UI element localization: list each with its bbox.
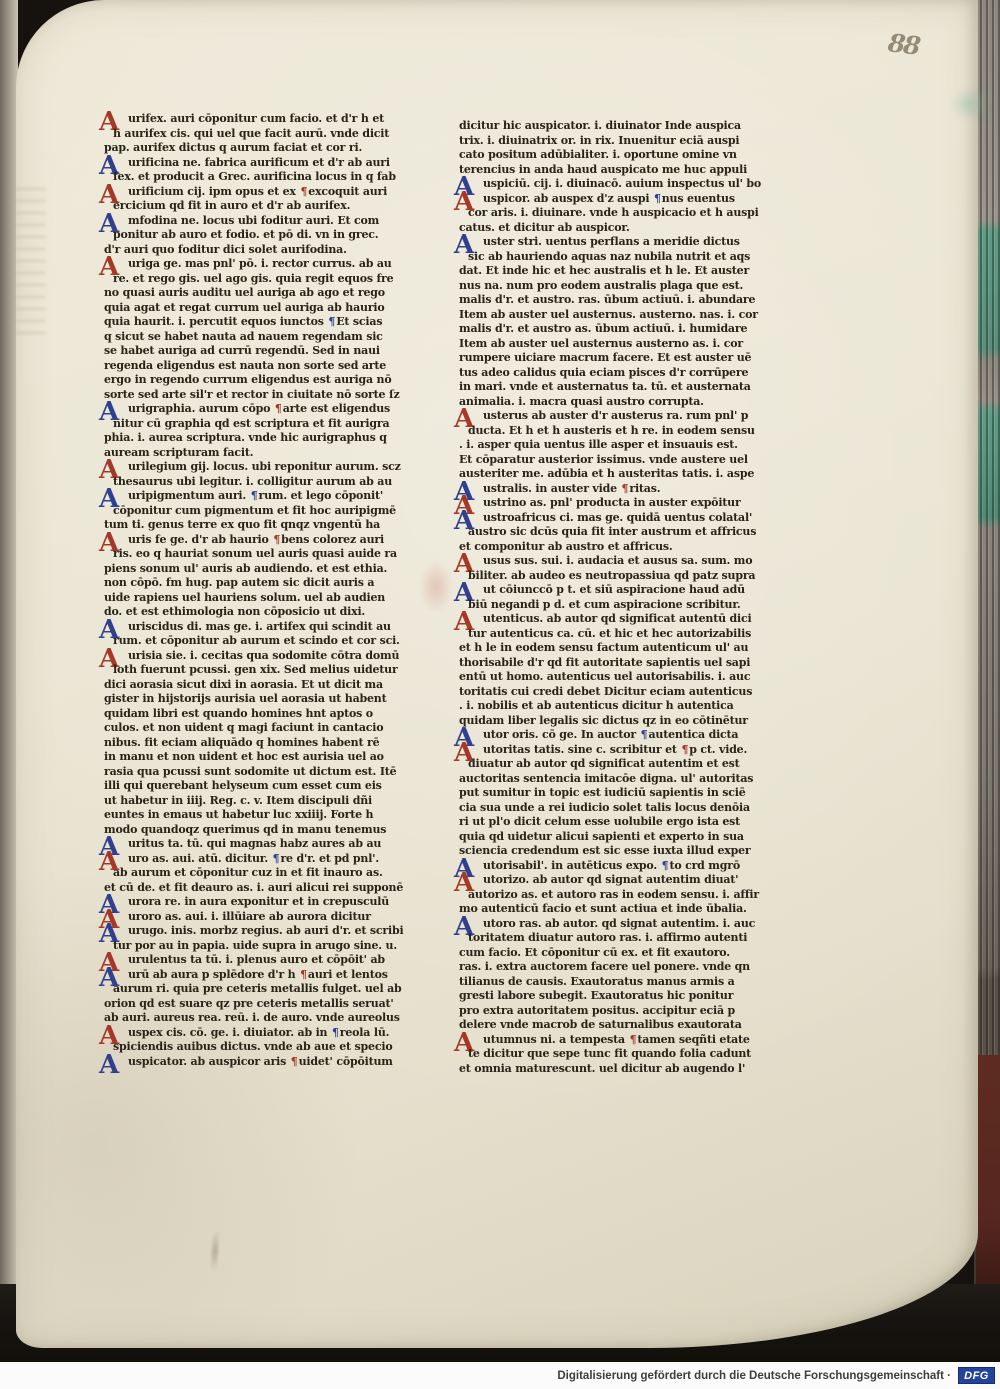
manuscript-line: orion qd est suare qz pre ceteris metall… [104,997,409,1012]
manuscript-line: Autorisabil'. in autēticus expo. ¶to crd… [459,859,764,874]
manuscript-line: sciencia credendum est sic esse iuxta il… [459,844,764,859]
digitization-footer: Digitalisierung gefördert durch die Deut… [0,1362,1000,1389]
line-text: nitur cū graphia qd est scriptura et fit… [113,417,389,430]
manuscript-line: sorte sed arte sil'r et rector in ciuita… [104,388,409,403]
manuscript-line: Amfodina ne. locus ubi foditur auri. Et … [104,214,409,229]
manuscript-line: Auritus ta. tū. qui magnas habz aures ab… [104,837,409,852]
line-text: urigraphia. aurum cōpo ¶arte est eligend… [128,402,390,415]
manuscript-line: tum ti. genus terre ex quo fit qnqz vnge… [104,518,409,533]
manuscript-line: biliter. ab audeo es neutropassiua qd pa… [459,569,764,584]
manuscript-line: Austrino as. pnl' producta in auster exp… [459,496,764,511]
manuscript-line: fex. et producit a Grec. aurificina locu… [104,170,409,185]
pilcrow-mark: ¶ [299,968,308,981]
line-text: uro as. aui. atū. dicitur. ¶re d'r. et p… [128,852,379,865]
line-text: te dicitur que sepe tunc fit quando foli… [468,1047,751,1060]
manuscript-line: Autoritas tatis. sine c. scribitur et ¶p… [459,743,764,758]
manuscript-line: Item ab auster uel austernus. austerno. … [459,308,764,323]
manuscript-line: Autenticus. ab autor qd significat auten… [459,612,764,627]
line-text: uripigmentum auri. ¶rum. et lego cōponit… [128,489,383,502]
line-text: biliter. ab audeo es neutropassiua qd pa… [468,569,755,582]
manuscript-line: thesaurus ubi legitur. i. colligitur aur… [104,475,409,490]
manuscript-line: Aurulentus ta tū. i. plenus auro et cōpō… [104,953,409,968]
manuscript-line: nus na. num pro eodem australis plaga qu… [459,279,764,294]
line-text: culos. et non uident q magi faciunt in c… [104,721,383,734]
manuscript-line: cor aris. i. diuinare. vnde h auspicacio… [459,206,764,221]
line-text: cum facio. Et cōponitur cū ex. et fit ex… [459,946,730,959]
line-text: uide rapiens uel hauriens solum. uel ab … [104,591,385,604]
line-text: tur por au in papia. uide supra in arugo… [113,939,397,952]
line-text: gresti labore subegit. Exautoratus hic p… [459,989,733,1002]
line-text: tilianus de causis. Exautoratus manus ar… [459,975,735,988]
manuscript-line: ergo in regendo currum eligendus est aur… [104,373,409,388]
manuscript-line: do. et est ethimologia non cōposicio ut … [104,605,409,620]
manuscript-line: Australis. in auster vide ¶ritas. [459,482,764,497]
manuscript-line: austro sic dcūs quia fit inter austrum e… [459,525,764,540]
line-text: sorte sed arte sil'r et rector in ciuita… [104,388,400,401]
line-text: et componitur ab austro et affricus. [459,540,673,553]
manuscript-line: no quasi auris auditu uel auriga ab ago … [104,286,409,301]
line-text: modo quandoqz querimus qd in manu tenemu… [104,823,386,836]
show-through-text [16,186,46,334]
line-text: terencius in anda haud auspicato me huc … [459,163,747,176]
ghost-initial-show-through [414,552,458,622]
line-text: quidam libri est quando homines hnt apto… [104,707,373,720]
manuscript-line: euntes in emaus ut habetur luc xxiiij. F… [104,808,409,823]
manuscript-line: gister in hijstorijs aurisia uel aorasia… [104,692,409,707]
manuscript-line: Austerus ab auster d'r austerus ra. rum … [459,409,764,424]
manuscript-line: Aurifex. auri cōponitur cum facio. et d'… [104,112,409,127]
line-text: urifex. auri cōponitur cum facio. et d'r… [128,112,384,125]
line-text: orion qd est suare qz pre ceteris metall… [104,997,394,1010]
line-text: malis d'r. et austro as. ūbum actiuū. i.… [459,322,747,335]
pilcrow-mark: ¶ [653,192,662,205]
manuscript-line: tur autenticus ca. cū. et hic et hec aut… [459,627,764,642]
line-text: entū ut homo. autenticus uel autorisabil… [459,670,750,683]
manuscript-line: gresti labore subegit. Exautoratus hic p… [459,989,764,1004]
manuscript-line: Autor oris. cō ge. In auctor ¶autentica … [459,728,764,743]
line-text: auream scripturam facit. [104,446,253,459]
manuscript-line: Et cōparatur austerior issimus. vnde aus… [459,453,764,468]
line-text: toritatem diuatur autoro ras. i. affirmo… [468,931,747,944]
line-text: biū negandi p d. et cum aspiracione scri… [468,598,741,611]
manuscript-line: ut habetur in iiij. Reg. c. v. Item disc… [104,794,409,809]
manuscript-line: toritatis cui credi debet Dicitur eciam … [459,685,764,700]
line-text: ustroafricus ci. mas ge. quidā uentus co… [483,511,752,524]
pilcrow-mark: ¶ [274,402,283,415]
manuscript-line: dat. Et inde hic et hec australis et h l… [459,264,764,279]
line-text: mfodina ne. locus ubi foditur auri. Et c… [128,214,379,227]
line-text: tum ti. genus terre ex quo fit qnqz vnge… [104,518,380,531]
manuscript-line: culos. et non uident q magi faciunt in c… [104,721,409,736]
line-text: sciencia credendum est sic esse iuxta il… [459,844,751,857]
line-text: uroro as. aui. i. illūiare ab aurora dic… [128,910,371,923]
line-text: mo autenticū facio et sunt actiua et ind… [459,902,747,915]
manuscript-line: ab auri. aureus rea. reū. i. de auro. vn… [104,1011,409,1026]
manuscript-line: in mari. vnde et austernatus ta. tū. et … [459,380,764,395]
manuscript-line: spiciendis auibus dictus. vnde ab aue et… [104,1040,409,1055]
pilcrow-mark: ¶ [272,852,281,865]
line-text: gister in hijstorijs aurisia uel aorasia… [104,692,386,705]
line-text: ras. i. extra auctorem facere uel ponere… [459,960,750,973]
line-text: et cū de. et fit deauro as. i. auri alic… [104,881,403,894]
manuscript-line: pap. aurifex dictus q aurum faciat et co… [104,141,409,156]
line-text: utorisabil'. in autēticus expo. ¶to crd … [483,859,740,872]
manuscript-line: et cū de. et fit deauro as. i. auri alic… [104,881,409,896]
line-text: in manu et non uident et hoc est aurisia… [104,750,384,763]
manuscript-line: quidam libri est quando homines hnt apto… [104,707,409,722]
manuscript-line: Auspicator. ab auspicor aris ¶uidet' cōp… [104,1055,409,1070]
manuscript-line: et componitur ab austro et affricus. [459,540,764,555]
manuscript-line: autorizo as. et autoro ras in eodem sens… [459,888,764,903]
manuscript-line: uide rapiens uel hauriens solum. uel ab … [104,591,409,606]
line-text: catus. et dicitur ab auspicor. [459,221,630,234]
manuscript-line: Auster stri. uentus perflans a meridie d… [459,235,764,250]
manuscript-line: in manu et non uident et hoc est aurisia… [104,750,409,765]
line-text: spiciendis auibus dictus. vnde ab aue et… [113,1040,392,1053]
manuscript-line: Aurilegium gij. locus. ubi reponitur aur… [104,460,409,475]
manuscript-line: rasia qua pcussi sunt sodomite ut dictum… [104,765,409,780]
manuscript-line: Aurigraphia. aurum cōpo ¶arte est eligen… [104,402,409,417]
pilcrow-mark: ¶ [250,489,259,502]
line-text: uris fe ge. d'r ab haurio ¶bens colorez … [128,533,384,546]
manuscript-line: Austroafricus ci. mas ge. quidā uentus c… [459,511,764,526]
line-text: utumnus ni. a tempesta ¶tamen seqñti eta… [483,1033,750,1046]
line-text: q sicut se habet nauta ad nauem regendam… [104,330,383,343]
pilcrow-mark: ¶ [680,743,689,756]
line-text: urora re. in aura exponitur et in crepus… [128,895,389,908]
manuscript-line: mo autenticū facio et sunt actiua et ind… [459,902,764,917]
manuscript-line: animalia. i. macra quasi austro corrupta… [459,395,764,410]
line-text: . i. nobilis et ab autenticus dicitur h … [459,699,734,712]
line-text: ab auri. aureus rea. reū. i. de auro. vn… [104,1011,400,1024]
pilcrow-mark: ¶ [621,482,630,495]
manuscript-line: Auro as. aui. atū. dicitur. ¶re d'r. et … [104,852,409,867]
manuscript-line: ducta. Et h et h austeris et h re. in eo… [459,424,764,439]
manuscript-line: re. et rego gis. uel ago gis. quia regit… [104,272,409,287]
line-text: austro sic dcūs quia fit inter austrum e… [468,525,756,538]
manuscript-line: ponitur ab auro et fodio. et pō di. vn i… [104,228,409,243]
line-text: ab aurum et cōponitur cuz in et fit inau… [113,866,383,879]
line-text: austeriter me. adūbia et h austeritas ta… [459,467,754,480]
line-text: auctoritas sentencia imitacōe digna. ul'… [459,772,753,785]
manuscript-line: ras. i. extra auctorem facere uel ponere… [459,960,764,975]
line-text: uritus ta. tū. qui magnas habz aures ab … [128,837,381,850]
line-text: do. et est ethimologia non cōposicio ut … [104,605,365,618]
line-text: thorisabile d'r qd fit autoritate sapien… [459,656,750,669]
line-text: rum. et cōponitur ab aurum et scindo et … [113,634,400,647]
folio-number: 88 [886,28,920,61]
manuscript-line: tus adeo calidus quia eciam pisces d'r c… [459,366,764,381]
pilcrow-mark: ¶ [327,315,336,328]
pilcrow-mark: ¶ [640,728,649,741]
manuscript-line: Aurificina ne. fabrica aurificum et d'r … [104,156,409,171]
line-text: uriscidus di. mas ge. i. artifex qui sci… [128,620,391,633]
manuscript-line: Aurora re. in aura exponitur et in crepu… [104,895,409,910]
left-text-column: Aurifex. auri cōponitur cum facio. et d'… [104,112,409,1069]
line-text: se habet auriga ad currū regendū. Sed in… [104,344,380,357]
line-text: urū ab aura p splēdore d'r h ¶auri et le… [128,968,388,981]
manuscript-line: terencius in anda haud auspicato me huc … [459,163,764,178]
manuscript-line: tur por au in papia. uide supra in arugo… [104,939,409,954]
line-text: loth fuerunt pcussi. gen xix. Sed melius… [113,663,398,676]
line-text: utoritas tatis. sine c. scribitur et ¶p … [483,743,747,756]
manuscript-line: Auspicor. ab auspex d'z auspi ¶nus euent… [459,192,764,207]
manuscript-line: Auriga ge. mas pnl' pō. i. rector currus… [104,257,409,272]
line-text: in mari. vnde et austernatus ta. tū. et … [459,380,751,393]
manuscript-line: malis d'r. et austro. ras. ūbum actiuū. … [459,293,764,308]
manuscript-line: cato positum adūbialiter. i. oportune om… [459,148,764,163]
manuscript-line: te dicitur que sepe tunc fit quando foli… [459,1047,764,1062]
manuscript-line: delere vnde macrob de saturnalibus exaut… [459,1018,764,1033]
line-text: put sumitur in topic est iudiciū sapient… [459,786,746,799]
line-text: urugo. inis. morbz regius. ab auri d'r. … [128,924,403,937]
manuscript-line: pro extra autoritatem positus. accipitur… [459,1004,764,1019]
line-text: autorizo as. et autoro ras in eodem sens… [468,888,759,901]
line-text: phia. i. aurea scriptura. vnde hic aurig… [104,431,387,444]
manuscript-line: thorisabile d'r qd fit autoritate sapien… [459,656,764,671]
manuscript-line: malis d'r. et austro as. ūbum actiuū. i.… [459,322,764,337]
book-cover-strip [976,1055,1000,1290]
teal-smudge [944,82,996,126]
line-text: cato positum adūbialiter. i. oportune om… [459,148,737,161]
line-text: euntes in emaus ut habetur luc xxiiij. F… [104,808,373,821]
manuscript-line: Auspiciū. cij. i. diuinacō. auium inspec… [459,177,764,192]
line-text: delere vnde macrob de saturnalibus exaut… [459,1018,742,1031]
line-text: no quasi auris auditu uel auriga ab ago … [104,286,385,299]
manuscript-line: cia sua unde a rei iudicio solet talis l… [459,801,764,816]
manuscript-line: loth fuerunt pcussi. gen xix. Sed melius… [104,663,409,678]
dfg-logo: DFG [958,1367,995,1384]
line-text: toritatis cui credi debet Dicitur eciam … [459,685,752,698]
line-text: uspicator. ab auspicor aris ¶uidet' cōpō… [128,1055,393,1068]
manuscript-page: 88 Aurifex. auri cōponitur cum facio. et… [16,0,978,1348]
manuscript-line: dicitur hic auspicator. i. diuinator Ind… [459,119,764,134]
manuscript-line: rum. et cōponitur ab aurum et scindo et … [104,634,409,649]
line-text: diuatur ab autor qd significat autentim … [468,757,740,770]
line-text: uster stri. uentus perflans a meridie di… [483,235,740,248]
line-text: ergo in regendo currum eligendus est aur… [104,373,392,386]
manuscript-line: rumpere uiciare macrum facere. Et est au… [459,351,764,366]
manuscript-line: dici aorasia sicut dixi in aorasia. Et u… [104,678,409,693]
line-text: ponitur ab auro et fodio. et pō di. vn i… [113,228,378,241]
line-text: utenticus. ab autor qd significat autent… [483,612,751,625]
line-text: malis d'r. et austro. ras. ūbum actiuū. … [459,293,755,306]
pilcrow-mark: ¶ [299,185,308,198]
manuscript-line: austeriter me. adūbia et h austeritas ta… [459,467,764,482]
line-text: ut habetur in iiij. Reg. c. v. Item disc… [104,794,372,807]
manuscript-line: entū ut homo. autenticus uel autorisabil… [459,670,764,685]
line-text: dici aorasia sicut dixi in aorasia. Et u… [104,678,383,691]
line-text: cor aris. i. diuinare. vnde h auspicacio… [468,206,759,219]
line-text: uspex cis. cō. ge. i. diuiator. ab in ¶r… [128,1026,389,1039]
pilcrow-mark: ¶ [331,1026,340,1039]
line-text: Item ab auster uel austernus. austerno. … [459,308,758,321]
manuscript-line: auctoritas sentencia imitacōe digna. ul'… [459,772,764,787]
manuscript-line: ris. eo q hauriat sonum uel auris quasi … [104,547,409,562]
manuscript-line: Auriscidus di. mas ge. i. artifex qui sc… [104,620,409,635]
line-text: quia agat et regat currum uel auriga ab … [104,301,385,314]
line-text: usus sus. sui. i. audacia et ausus sa. s… [483,554,752,567]
manuscript-line: Aurugo. inis. morbz regius. ab auri d'r.… [104,924,409,939]
line-text: illi qui querebant helyseum cum esset cu… [104,779,382,792]
line-text: uspiciū. cij. i. diuinacō. auium inspect… [483,177,761,190]
manuscript-line: . i. asper quia uentus ille asper et ins… [459,438,764,453]
manuscript-line: biū negandi p d. et cum aspiracione scri… [459,598,764,613]
line-text: utor oris. cō ge. In auctor ¶autentica d… [483,728,738,741]
line-text: dat. Et inde hic et hec australis et h l… [459,264,749,277]
line-text: nus na. num pro eodem australis plaga qu… [459,279,743,292]
manuscript-line: nitur cū graphia qd est scriptura et fit… [104,417,409,432]
manuscript-line: nibus. fit eciam aliquādo q homines habe… [104,736,409,751]
line-text: aurum ri. quia pre ceteris metallis fulg… [113,982,402,995]
line-text: uspicor. ab auspex d'z auspi ¶nus euentu… [483,192,735,205]
manuscript-line: aurum ri. quia pre ceteris metallis fulg… [104,982,409,997]
right-text-column: dicitur hic auspicator. i. diuinator Ind… [459,119,764,1076]
line-text: et omnia maturescunt. uel dicitur ab aug… [459,1062,745,1075]
line-text: ustralis. in auster vide ¶ritas. [483,482,660,495]
manuscript-line: et h le in eodem sensu factum autenticum… [459,641,764,656]
manuscript-line: Aurificium cij. ipm opus et ex ¶excoquit… [104,185,409,200]
line-text: tur autenticus ca. cū. et hic et hec aut… [468,627,751,640]
manuscript-line: Auris fe ge. d'r ab haurio ¶bens colorez… [104,533,409,548]
manuscript-line: Autorizo. ab autor qd signat autentim di… [459,873,764,888]
manuscript-line: quia haurit. i. percutit equos iunctos ¶… [104,315,409,330]
manuscript-line: catus. et dicitur ab auspicor. [459,221,764,236]
line-text: tus adeo calidus quia eciam pisces d'r c… [459,366,748,379]
manuscript-line: tilianus de causis. Exautoratus manus ar… [459,975,764,990]
line-text: nibus. fit eciam aliquādo q homines habe… [104,736,379,749]
line-text: cia sua unde a rei iudicio solet talis l… [459,801,750,814]
line-text: rasia qua pcussi sunt sodomite ut dictum… [104,765,396,778]
line-text: pro extra autoritatem positus. accipitur… [459,1004,735,1017]
manuscript-line: piens sonum ul' auris ab audiendo. et es… [104,562,409,577]
pilcrow-mark: ¶ [272,533,281,546]
pilcrow-mark: ¶ [661,859,670,872]
line-text: dicitur hic auspicator. i. diuinator Ind… [459,119,741,132]
manuscript-line: modo quandoqz querimus qd in manu tenemu… [104,823,409,838]
manuscript-line: . i. nobilis et ab autenticus dicitur h … [459,699,764,714]
manuscript-line: Autumnus ni. a tempesta ¶tamen seqñti et… [459,1033,764,1048]
line-text: ducta. Et h et h austeris et h re. in eo… [468,424,755,437]
line-text: quidam liber legalis sic dictus qz in eo… [459,714,748,727]
manuscript-line: Aut cōiunccō p t. et siū aspiracione hau… [459,583,764,598]
manuscript-line: sic ab hauriendo aquas naz nubila nutrit… [459,250,764,265]
line-text: ustrino as. pnl' producta in auster expō… [483,496,741,509]
line-text: quia qd uidetur alicui sapienti et exper… [459,830,744,843]
line-text: . i. asper quia uentus ille asper et ins… [459,438,738,451]
illuminated-initial: A [99,1052,119,1078]
parchment-stain [211,1230,220,1272]
manuscript-line: Auroro as. aui. i. illūiare ab aurora di… [104,910,409,925]
line-text: pap. aurifex dictus q aurum faciat et co… [104,141,362,154]
manuscript-line: Aurisia sie. i. cecitas qua sodomite cōt… [104,649,409,664]
line-text: quia haurit. i. percutit equos iunctos ¶… [104,315,382,328]
manuscript-line: d'r auri quo foditur dici solet aurifodi… [104,243,409,258]
manuscript-line: regenda eligendus est nauta non sorte se… [104,359,409,374]
manuscript-line: cōponitur cum pigmentum et fit hoc aurip… [104,504,409,519]
line-text: sic ab hauriendo aquas naz nubila nutrit… [468,250,750,263]
line-text: ut cōiunccō p t. et siū aspiracione haud… [483,583,745,596]
manuscript-line: Auripigmentum auri. ¶rum. et lego cōponi… [104,489,409,504]
line-text: non cōpō. fm hug. pap autem sic dicit au… [104,576,374,589]
manuscript-line: quidam liber legalis sic dictus qz in eo… [459,714,764,729]
line-text: utorizo. ab autor qd signat autentim diu… [483,873,738,886]
manuscript-line: trix. i. diuinatrix or. in rix. Inuenitu… [459,134,764,149]
manuscript-line: phia. i. aurea scriptura. vnde hic aurig… [104,431,409,446]
manuscript-line: put sumitur in topic est iudiciū sapient… [459,786,764,801]
manuscript-line: Ausus sus. sui. i. audacia et ausus sa. … [459,554,764,569]
line-text: Et cōparatur austerior issimus. vnde aus… [459,453,748,466]
line-text: urificina ne. fabrica aurificum et d'r a… [128,156,390,169]
line-text: urilegium gij. locus. ubi reponitur auru… [128,460,401,473]
manuscript-line: Auspex cis. cō. ge. i. diuiator. ab in ¶… [104,1026,409,1041]
line-text: cōponitur cum pigmentum et fit hoc aurip… [113,504,396,517]
manuscript-line: h aurifex cis. qui uel que facit aurū. v… [104,127,409,142]
line-text: animalia. i. macra quasi austro corrupta… [459,395,704,408]
manuscript-line: non cōpō. fm hug. pap autem sic dicit au… [104,576,409,591]
line-text: utoro ras. ab autor. qd signat autentim.… [483,917,755,930]
line-text: et h le in eodem sensu factum autenticum… [459,641,748,654]
line-text: urulentus ta tū. i. plenus auro et cōpōi… [128,953,385,966]
manuscript-line: diuatur ab autor qd significat autentim … [459,757,764,772]
manuscript-line: Aurū ab aura p splēdore d'r h ¶auri et l… [104,968,409,983]
manuscript-line: ercicium qd fit in auro et d'r ab aurife… [104,199,409,214]
line-text: rumpere uiciare macrum facere. Et est au… [459,351,751,364]
line-text: thesaurus ubi legitur. i. colligitur aur… [113,475,392,488]
line-text: ercicium qd fit in auro et d'r ab aurife… [113,199,350,212]
line-text: usterus ab auster d'r austerus ra. rum p… [483,409,748,422]
manuscript-line: quia agat et regat currum uel auriga ab … [104,301,409,316]
manuscript-line: toritatem diuatur autoro ras. i. affirmo… [459,931,764,946]
manuscript-line: q sicut se habet nauta ad nauem regendam… [104,330,409,345]
manuscript-line: ri ut pl'o dicit celum esse uolubile erg… [459,815,764,830]
line-text: fex. et producit a Grec. aurificina locu… [113,170,396,183]
line-text: regenda eligendus est nauta non sorte se… [104,359,386,372]
line-text: ri ut pl'o dicit celum esse uolubile erg… [459,815,740,828]
manuscript-line: quia qd uidetur alicui sapienti et exper… [459,830,764,845]
manuscript-line: Autoro ras. ab autor. qd signat autentim… [459,917,764,932]
manuscript-line: ab aurum et cōponitur cuz in et fit inau… [104,866,409,881]
pilcrow-mark: ¶ [629,1033,638,1046]
line-text: ris. eo q hauriat sonum uel auris quasi … [113,547,397,560]
manuscript-line: cum facio. Et cōponitur cū ex. et fit ex… [459,946,764,961]
line-text: urificium cij. ipm opus et ex ¶excoquit … [128,185,387,198]
line-text: uriga ge. mas pnl' pō. i. rector currus.… [128,257,392,270]
line-text: trix. i. diuinatrix or. in rix. Inuenitu… [459,134,739,147]
line-text: urisia sie. i. cecitas qua sodomite cōtr… [128,649,399,662]
pilcrow-mark: ¶ [290,1055,299,1068]
manuscript-line: et omnia maturescunt. uel dicitur ab aug… [459,1062,764,1077]
line-text: d'r auri quo foditur dici solet aurifodi… [104,243,347,256]
credit-text: Digitalisierung gefördert durch die Deut… [557,1370,951,1382]
line-text: re. et rego gis. uel ago gis. quia regit… [113,272,393,285]
line-text: h aurifex cis. qui uel que facit aurū. v… [113,127,389,140]
manuscript-line: se habet auriga ad currū regendū. Sed in… [104,344,409,359]
line-text: piens sonum ul' auris ab audiendo. et es… [104,562,387,575]
manuscript-line: illi qui querebant helyseum cum esset cu… [104,779,409,794]
manuscript-line: auream scripturam facit. [104,446,409,461]
manuscript-line: Item ab auster uel austernus austerno as… [459,337,764,352]
line-text: Item ab auster uel austernus austerno as… [459,337,743,350]
